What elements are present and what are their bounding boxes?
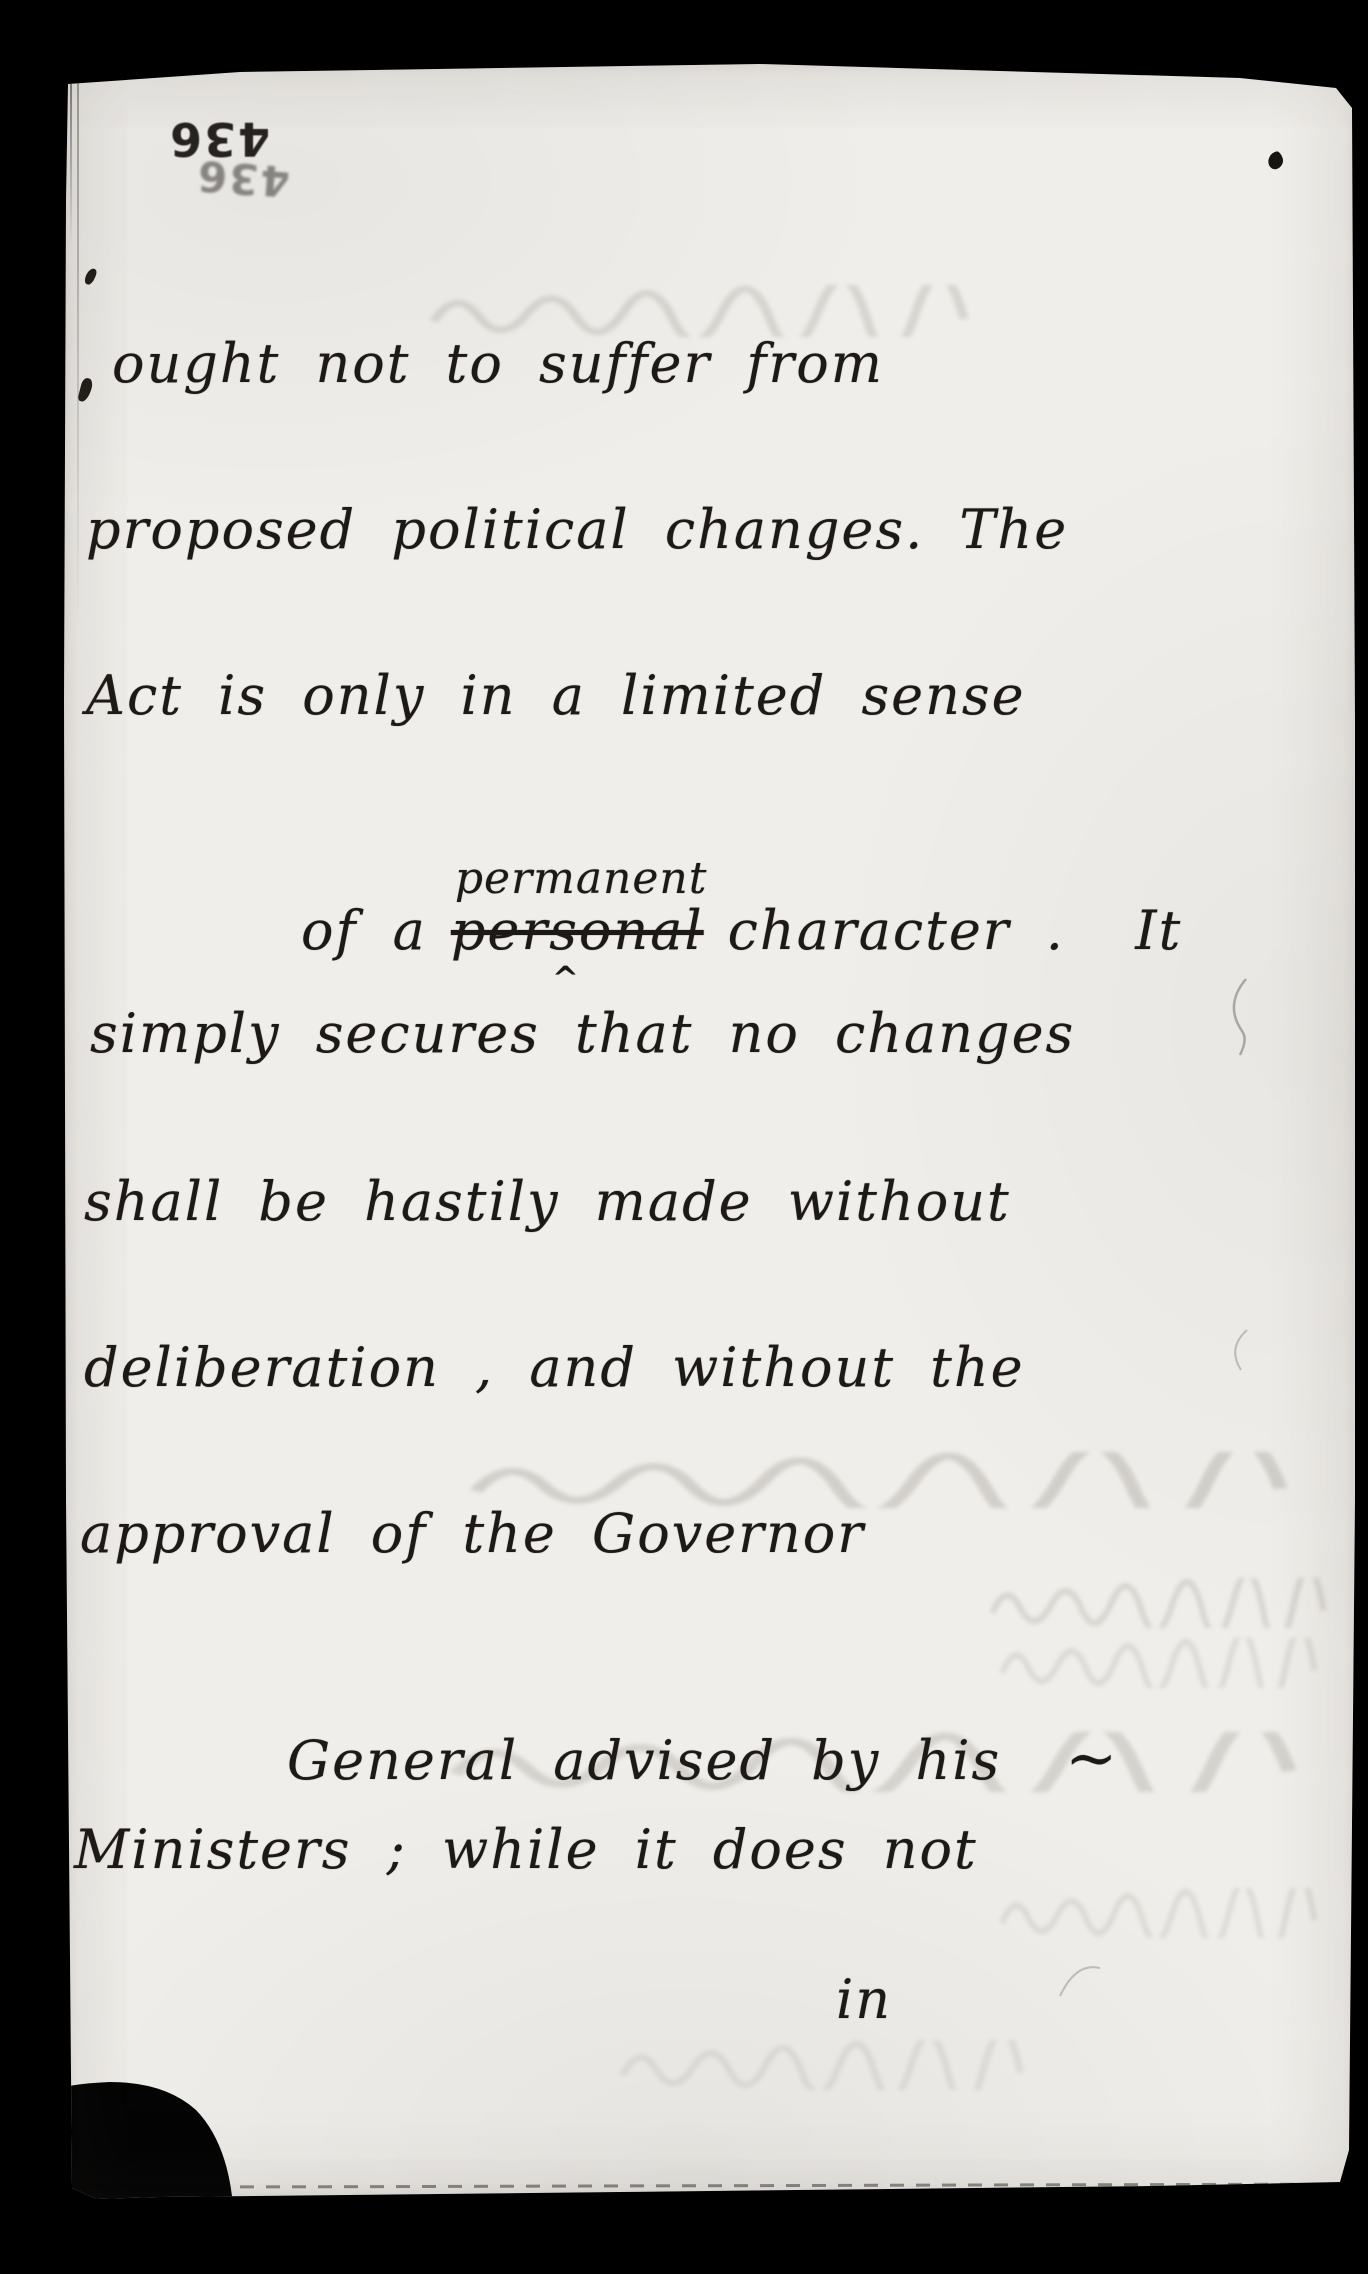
corner-obstruction [0, 0, 1368, 2274]
scanned-manuscript-screenshot: 436 436 ought not to suffer from propose… [0, 0, 1368, 2274]
manuscript-page: 436 436 ought not to suffer from propose… [0, 0, 1368, 2274]
page-stack-edge-line [62, 66, 89, 77]
